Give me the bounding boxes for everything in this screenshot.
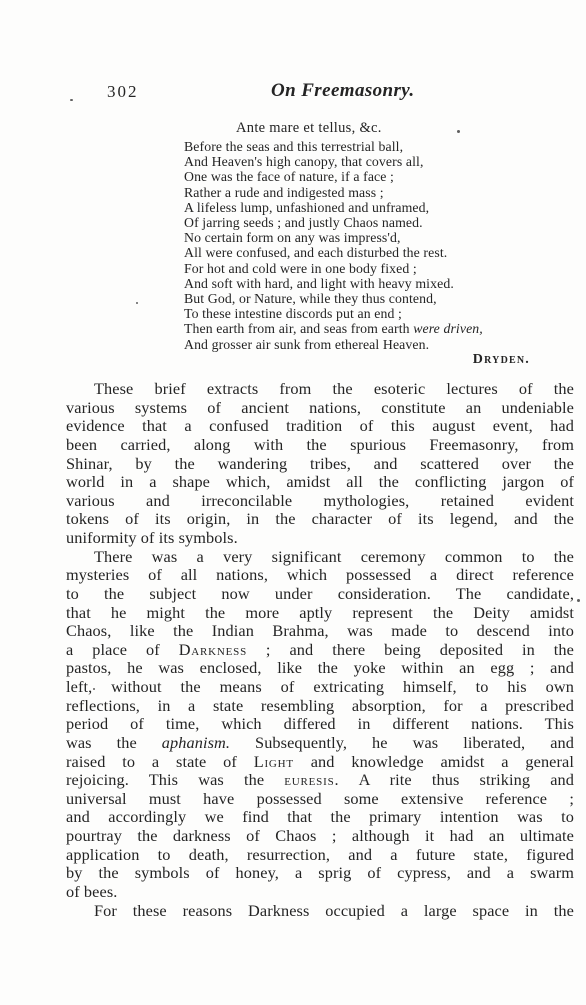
body-line: pourtray the darkness of Chaos ; althoug… — [66, 827, 574, 846]
body-line: left, without the means of extricating h… — [66, 678, 574, 697]
poem-line: All were confused, and each disturbed th… — [184, 245, 483, 260]
body-line: uniformity of its symbols. — [66, 529, 574, 548]
quote-attribution: Dryden. — [473, 352, 530, 368]
body-line: These brief extracts from the esoteric l… — [66, 380, 574, 399]
poem-block: Before the seas and this terrestrial bal… — [184, 139, 483, 352]
body-line: universal must have possessed some exten… — [66, 790, 574, 809]
body-line: period of time, which differed in differ… — [66, 715, 574, 734]
poem-line: Then earth from air, and seas from earth… — [184, 321, 483, 336]
body-line: Shinar, by the wandering tribes, and sca… — [66, 455, 574, 474]
poem-line: A lifeless lump, unfashioned and unframe… — [184, 200, 483, 215]
body-line: reflections, in a state resembling absor… — [66, 697, 574, 716]
body-line-text: a place of — [66, 640, 179, 659]
body-line-text: rejoicing. This was the — [66, 770, 284, 789]
body-line: pastos, he was enclosed, like the yoke w… — [66, 659, 574, 678]
body-line-text: was the — [66, 733, 162, 752]
body-line: of bees. — [66, 883, 574, 902]
body-line-text: A rite thus striking and — [339, 770, 574, 789]
running-title: On Freemasonry. — [271, 80, 415, 102]
body-line: Chaos, like the Indian Brahma, was made … — [66, 622, 574, 641]
poem-line: For hot and cold were in one body fixed … — [184, 261, 483, 276]
body-line: There was a very significant ceremony co… — [66, 548, 574, 567]
body-line: was the aphanism. Subsequently, he was l… — [66, 734, 574, 753]
body-line: that he might the more aptly represent t… — [66, 604, 574, 623]
poem-line: No certain form on any was impress'd, — [184, 230, 483, 245]
poem-line: Before the seas and this terrestrial bal… — [184, 139, 483, 154]
body-line: been carried, along with the spurious Fr… — [66, 436, 574, 455]
poem-line: And Heaven's high canopy, that covers al… — [184, 154, 483, 169]
body-line: by the symbols of honey, a sprig of cypr… — [66, 864, 574, 883]
body-line: various systems of ancient nations, cons… — [66, 399, 574, 418]
quote-heading: Ante mare et tellus, &c. — [236, 120, 382, 137]
body-line: mysteries of all nations, which possesse… — [66, 566, 574, 585]
body-line: and accordingly we find that the primary… — [66, 808, 574, 827]
poem-line-italic-text: were driven, — [413, 321, 483, 336]
body-text: These brief extracts from the esoteric l… — [66, 380, 574, 920]
scan-speck — [136, 302, 138, 304]
italic-term: aphanism. — [162, 733, 230, 752]
small-caps-term: Darkness — [179, 640, 247, 659]
poem-line: But God, or Nature, while they thus cont… — [184, 291, 483, 306]
scan-speck — [93, 688, 95, 690]
small-caps-term: Light — [254, 752, 294, 771]
poem-line-text: Then earth from air, and seas from earth — [184, 321, 413, 336]
poem-line: To these intestine discords put an end ; — [184, 306, 483, 321]
body-line-text: ; and there being deposited in the — [247, 640, 574, 659]
body-line-text: Subsequently, he was liberated, and — [230, 733, 574, 752]
body-line: application to death, resurrection, and … — [66, 846, 574, 865]
scan-speck — [577, 599, 580, 602]
body-line: rejoicing. This was the euresis. A rite … — [66, 771, 574, 790]
poem-line: Rather a rude and indigested mass ; — [184, 185, 483, 200]
page-number: 302 — [107, 82, 139, 102]
body-line: evidence that a confused tradition of th… — [66, 417, 574, 436]
body-line: raised to a state of Light and knowledge… — [66, 753, 574, 772]
body-line: world in a shape which, amidst all the c… — [66, 473, 574, 492]
body-line-text: raised to a state of — [66, 752, 254, 771]
body-line: tokens of its origin, in the character o… — [66, 510, 574, 529]
scan-speck — [70, 99, 73, 101]
poem-line: One was the face of nature, if a face ; — [184, 169, 483, 184]
poem-line: Of jarring seeds ; and justly Chaos name… — [184, 215, 483, 230]
body-line: various and irreconcilable mythologies, … — [66, 492, 574, 511]
book-page: 302 On Freemasonry. Ante mare et tellus,… — [0, 0, 586, 1005]
scan-speck — [457, 130, 460, 133]
body-line: a place of Darkness ; and there being de… — [66, 641, 574, 660]
poem-line: And soft with hard, and light with heavy… — [184, 276, 483, 291]
body-line: For these reasons Darkness occupied a la… — [66, 902, 574, 921]
body-line-text: and knowledge amidst a general — [294, 752, 574, 771]
small-caps-term: euresis. — [284, 770, 339, 789]
body-line: to the subject now under consideration. … — [66, 585, 574, 604]
poem-line: And grosser air sunk from ethereal Heave… — [184, 337, 483, 352]
